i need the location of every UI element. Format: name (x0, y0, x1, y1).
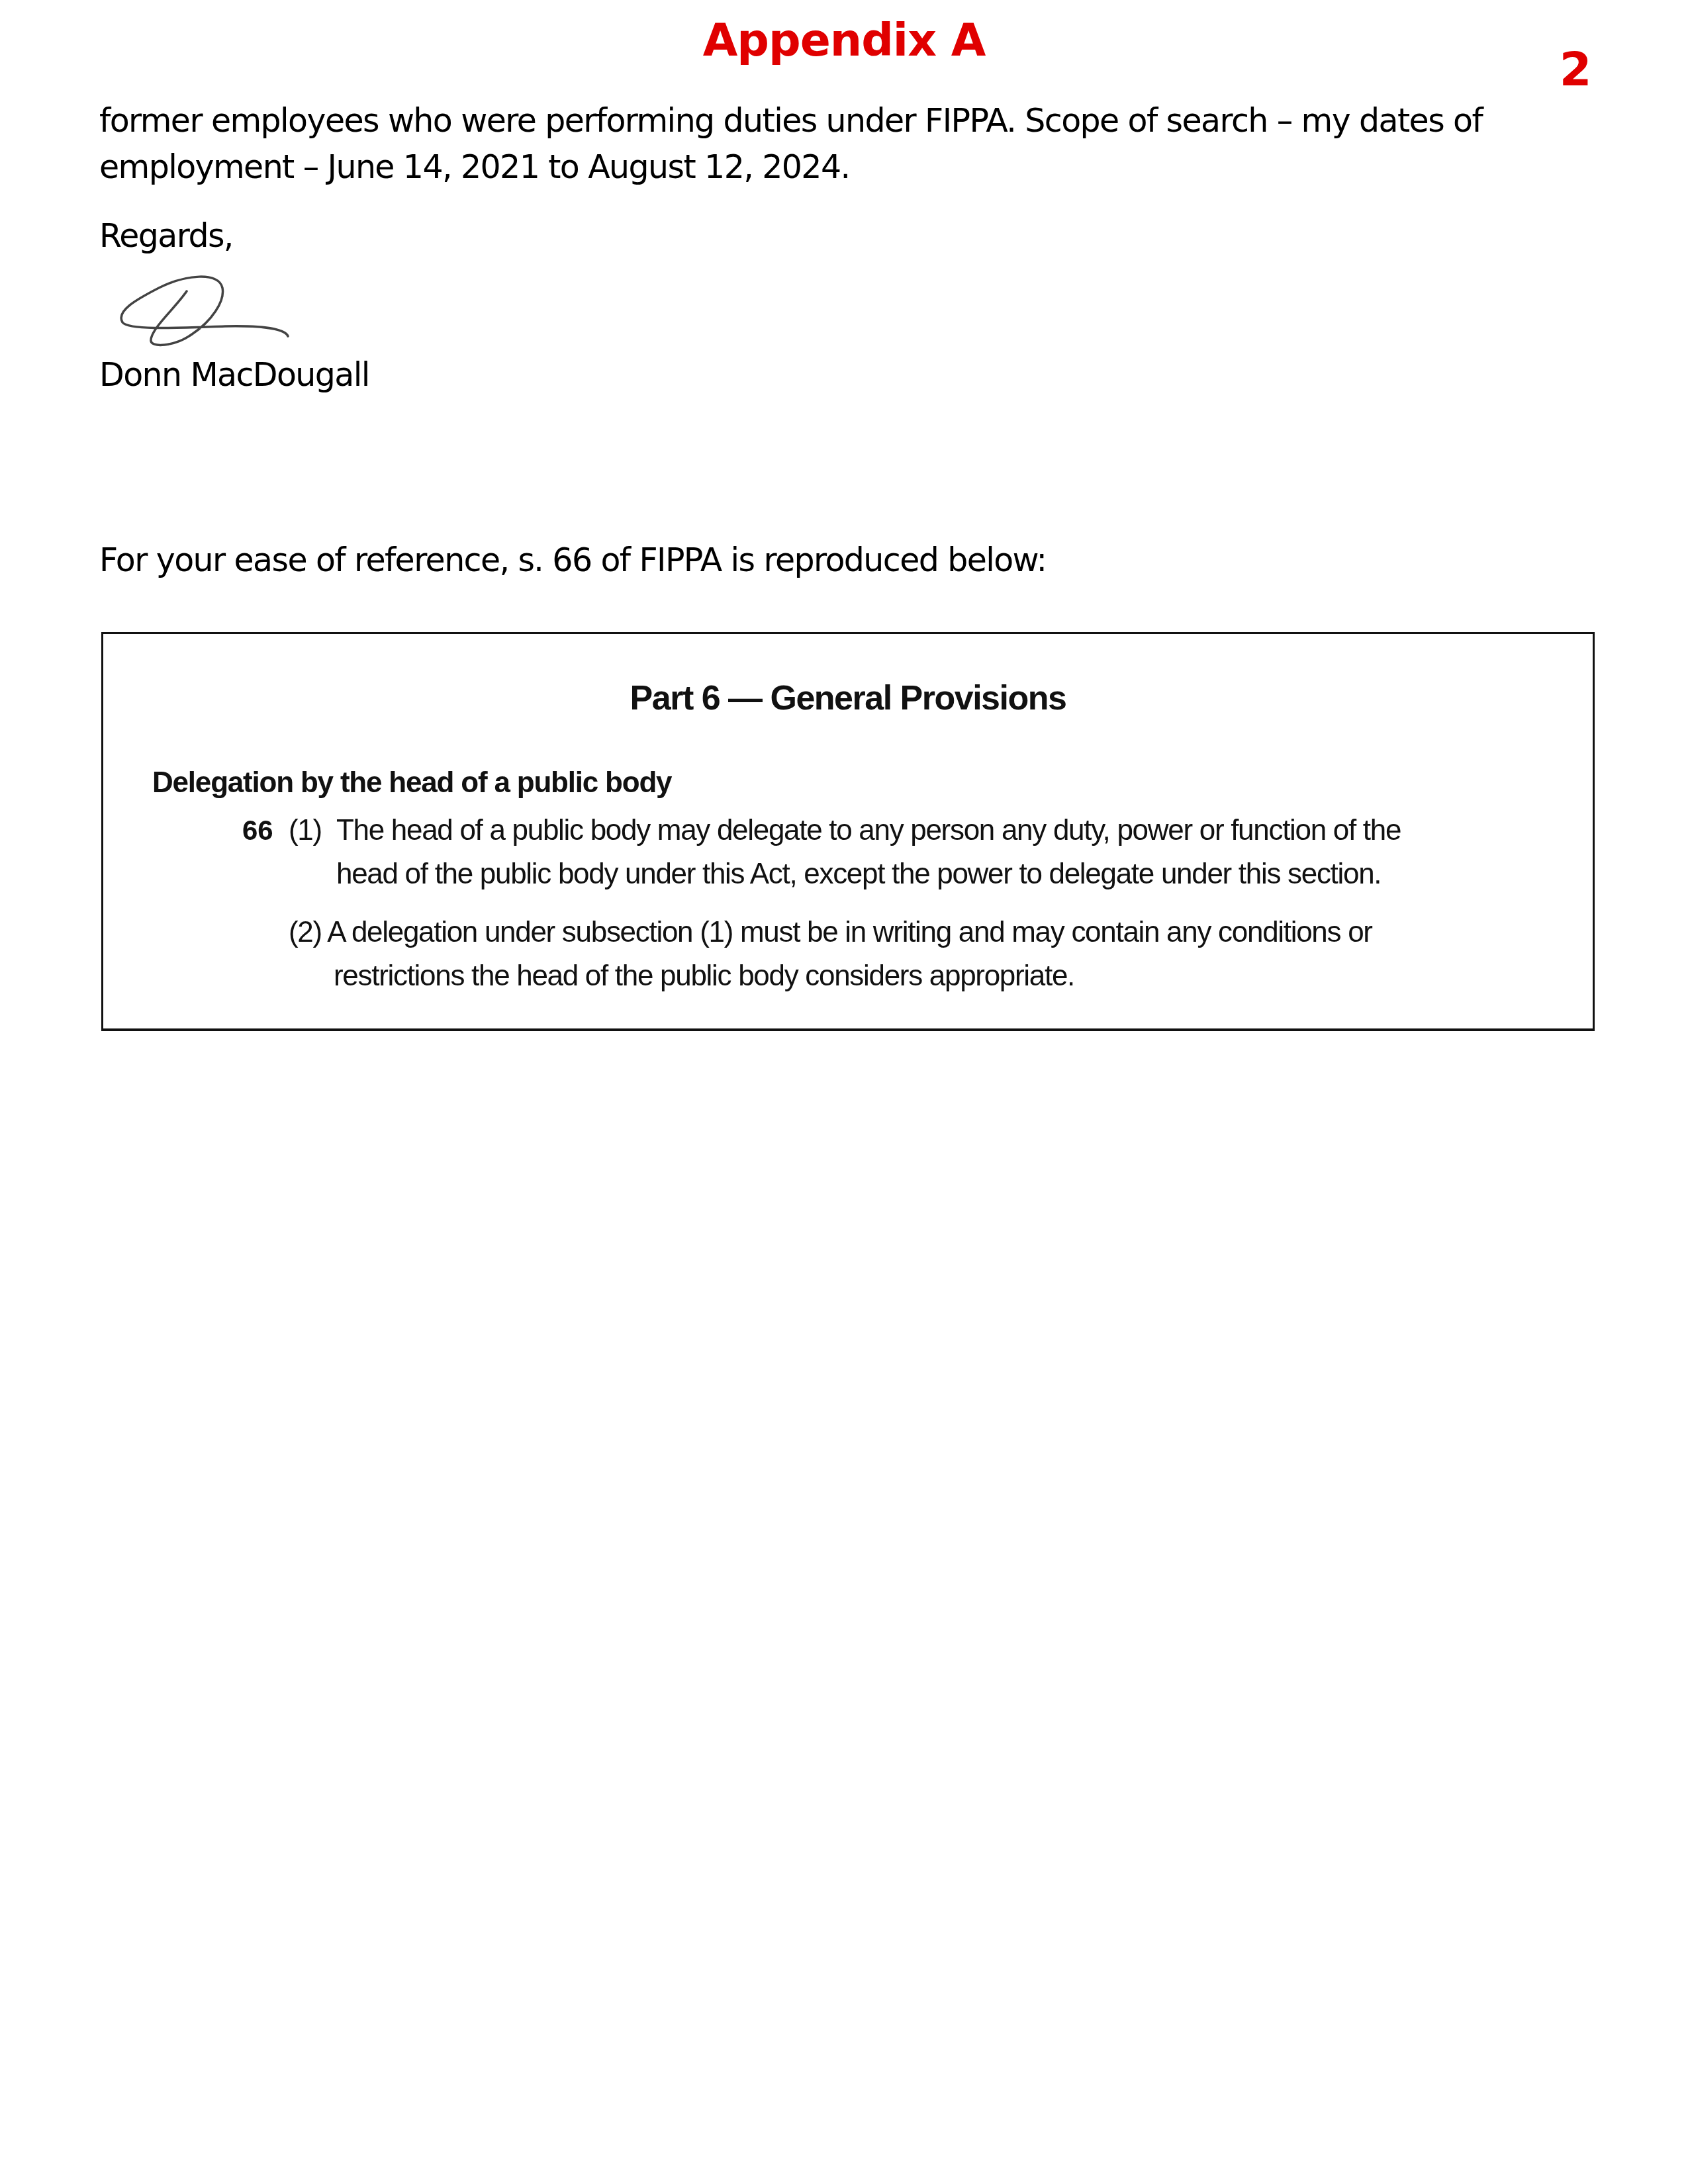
document-page: Appendix A 2 former employees who were p… (0, 0, 1688, 2184)
paragraph-line: former employees who were performing dut… (99, 98, 1482, 144)
subsection-2-line: (2) A delegation under subsection (1) mu… (289, 911, 1372, 954)
statute-excerpt-box: Part 6 — General Provisions Delegation b… (101, 632, 1595, 1031)
paragraph-line: employment – June 14, 2021 to August 12,… (99, 144, 1482, 191)
letter-paragraph: former employees who were performing dut… (99, 98, 1482, 191)
page-number: 2 (1542, 36, 1609, 103)
section-heading: Delegation by the head of a public body (152, 763, 671, 803)
appendix-title: Appendix A (0, 8, 1688, 74)
section-number: 66 (242, 809, 273, 852)
subsection-1-line: The head of a public body may delegate t… (336, 809, 1401, 852)
reference-note: For your ease of reference, s. 66 of FIP… (99, 537, 1046, 584)
subsection-1-line: head of the public body under this Act, … (336, 852, 1381, 896)
subsection-label: (1) (289, 809, 322, 852)
signature-icon (113, 261, 305, 347)
closing: Regards, (99, 213, 233, 259)
signer-name: Donn MacDougall (99, 352, 369, 398)
part-heading: Part 6 — General Provisions (103, 675, 1593, 721)
subsection-2-line: restrictions the head of the public body… (334, 954, 1074, 998)
